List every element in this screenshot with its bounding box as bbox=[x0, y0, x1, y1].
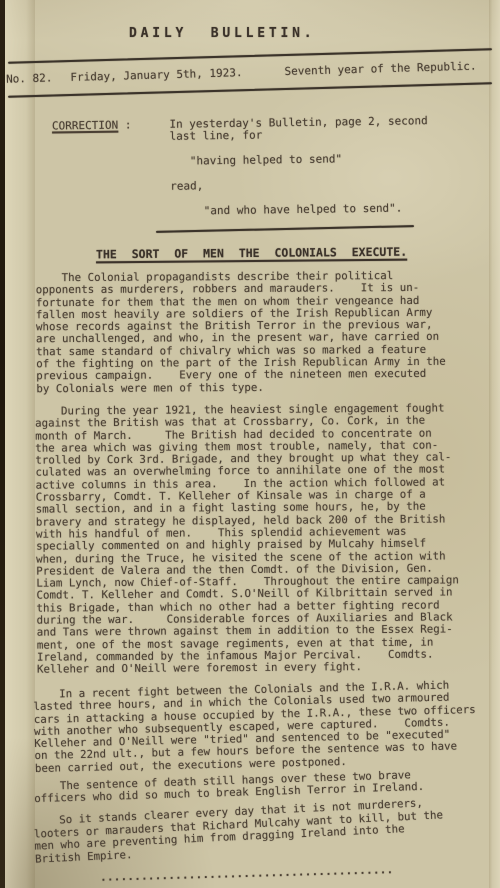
paper-right-edge-band bbox=[489, 0, 500, 888]
correction-body: In yesterday's Bulletin, page 2, second … bbox=[169, 115, 429, 218]
correction-label-colon: : bbox=[118, 118, 131, 131]
issue-date: Friday, January 5th, 1923. bbox=[70, 66, 242, 84]
scanned-document-page: DAILY BULLETIN. No. 82.Friday, January 5… bbox=[0, 0, 500, 888]
paper-left-margin-band bbox=[5, 0, 35, 888]
issue-number: No. 82. bbox=[6, 71, 53, 85]
masthead-title: DAILY BULLETIN. bbox=[129, 26, 315, 41]
article-headline: THE SORT OF MEN THE COLONIALS EXECUTE. bbox=[96, 245, 407, 262]
correction-label: CORRECTION : bbox=[52, 118, 132, 132]
article-paragraph-3: In a recent fight between the Colonials … bbox=[33, 679, 477, 775]
masthead-rule-bottom bbox=[8, 82, 492, 98]
article-paragraph-5: So it stands clearer every day that it i… bbox=[33, 796, 444, 866]
article-paragraph-2: During the year 1921, the heaviest singl… bbox=[35, 402, 460, 676]
section-divider-rule bbox=[156, 225, 414, 233]
article-paragraph-1: The Colonial propagandists describe thei… bbox=[36, 270, 446, 395]
dotted-separator: ........................................… bbox=[100, 863, 394, 884]
masthead-dateline: No. 82.Friday, January 5th, 1923.Seventh… bbox=[6, 59, 488, 85]
era-label: Seventh year of the Republic. bbox=[284, 60, 476, 78]
correction-label-word: CORRECTION bbox=[52, 119, 118, 133]
